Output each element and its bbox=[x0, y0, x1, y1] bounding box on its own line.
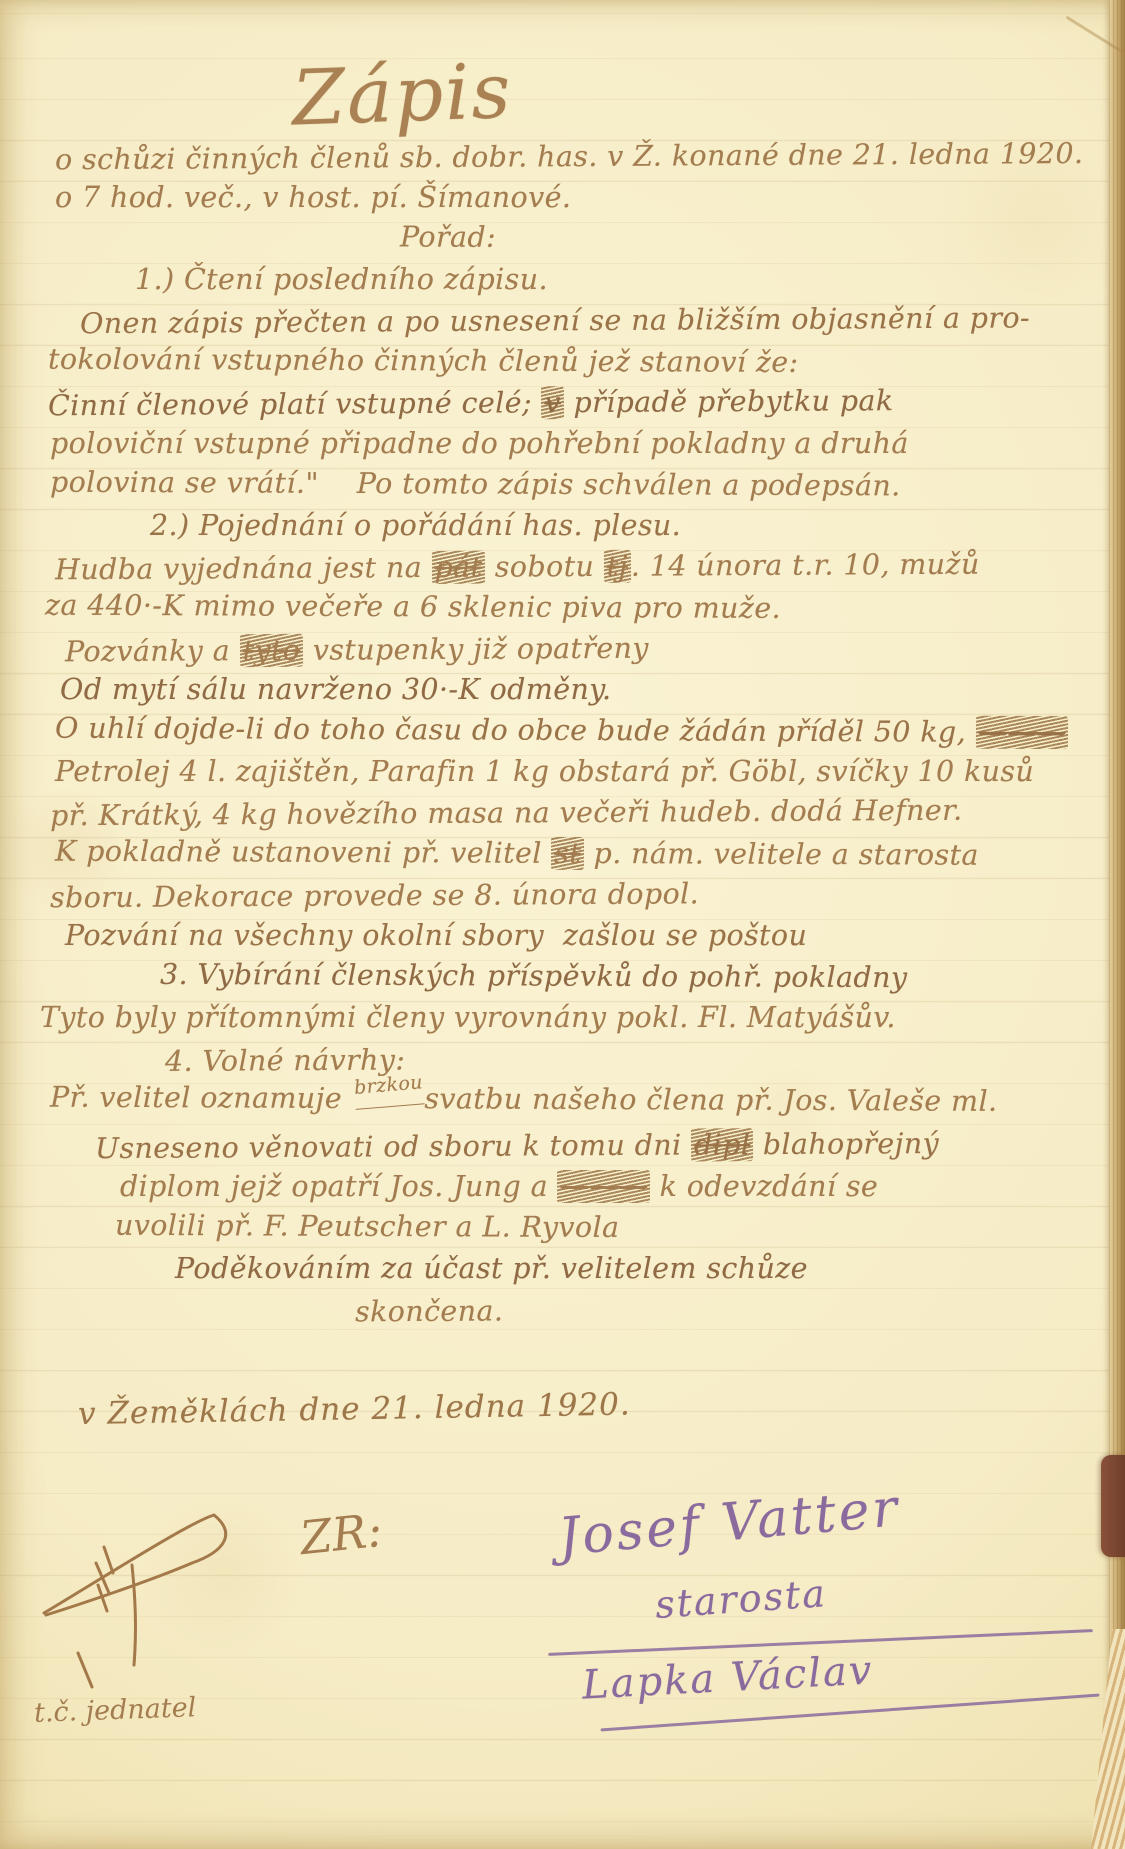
monogram-initials: ZR: bbox=[297, 1503, 384, 1565]
text-run: Poděkováním za účast př. velitelem schůz… bbox=[175, 1252, 808, 1285]
text-run: Onen zápis přečten a po usnesení se na b… bbox=[80, 301, 1030, 340]
text-run: př. Krátký, 4 kg hovězího masa na večeři… bbox=[50, 794, 963, 833]
manuscript-line: uvolili př. F. Peutscher a L. Ryvola bbox=[115, 1205, 1125, 1250]
text-run: . 14 února t.r. 10, mužů bbox=[631, 548, 980, 583]
text-run: Pořad: bbox=[400, 220, 496, 253]
text-run: Pozvánky a bbox=[65, 634, 240, 668]
manuscript-line: za 440·-K mimo večeře a 6 sklenic piva p… bbox=[45, 585, 1125, 631]
text-run: vstupenky již opatřeny bbox=[303, 632, 649, 667]
text-run: případě přebytku pak bbox=[564, 384, 894, 419]
text-run: tokolování vstupného činných členů jež s… bbox=[48, 343, 799, 379]
manuscript-line: Usneseno věnovati od sboru k tomu dni di… bbox=[95, 1122, 1125, 1169]
text-run: O uhlí dojde-li do toho času do obce bud… bbox=[55, 712, 976, 749]
text-run: svatbu našeho člena př. Jos. Valeše ml. bbox=[424, 1082, 997, 1118]
manuscript-line: Pořad: bbox=[400, 216, 1125, 260]
text-run: za 440·-K mimo večeře a 6 sklenic piva p… bbox=[45, 589, 781, 625]
crossed-out-text: dipl bbox=[691, 1128, 754, 1161]
text-run: Petrolej 4 l. zajištěn, Parafin 1 kg obs… bbox=[55, 755, 1034, 788]
manuscript-line: 1.) Čtení posledního zápisu. bbox=[135, 259, 1125, 300]
chairman-signature: Josef Vatter bbox=[556, 1478, 903, 1568]
crossed-out-text: tj bbox=[604, 550, 631, 583]
text-run: skončena. bbox=[355, 1294, 503, 1328]
crossed-out-text: pát bbox=[431, 551, 485, 584]
manuscript-line: polovina se vrátí." Po tomto zápis schvá… bbox=[50, 462, 1125, 508]
text-run: o schůzi činných členů sb. dobr. has. v … bbox=[55, 137, 1084, 176]
crossed-out-text: st bbox=[551, 837, 584, 870]
text-run: uvolili př. F. Peutscher a L. Ryvola bbox=[115, 1209, 620, 1244]
manuscript-line: o schůzi činných členů sb. dobr. has. v … bbox=[55, 133, 1125, 181]
text-run: sobotu bbox=[485, 550, 604, 584]
manuscript-line: Tyto byly přítomnými členy vyrovnány pok… bbox=[40, 997, 1125, 1038]
manuscript-line: Od mytí sálu navrženo 30·-K odměny. bbox=[60, 669, 1125, 710]
manuscript-line: Hudba vyjednána jest na pát sobotu tj. 1… bbox=[55, 543, 1125, 591]
text-run: Od mytí sálu navrženo 30·-K odměny. bbox=[60, 673, 611, 706]
manuscript-line: poloviční vstupné připadne do pohřební p… bbox=[50, 423, 1125, 464]
manuscript-line: skončena. bbox=[355, 1287, 1125, 1333]
manuscript-line: Pozvánky a tyto vstupenky již opatřeny bbox=[65, 625, 1125, 672]
crossed-out-text: ——— bbox=[975, 716, 1068, 749]
manuscript-line: 2.) Pojednání o pořádání has. plesu. bbox=[150, 505, 1125, 546]
text-run: 1.) Čtení posledního zápisu. bbox=[135, 263, 548, 296]
text-run: sboru. Dekorace provede se 8. února dopo… bbox=[50, 877, 699, 914]
text-run: 2.) Pojednání o pořádání has. plesu. bbox=[150, 509, 681, 542]
crossed-out-text: ——— bbox=[557, 1170, 650, 1203]
text-run: 3. Vybírání členských příspěvků do pohř.… bbox=[160, 958, 908, 994]
manuscript-line: Onen zápis přečten a po usnesení se na b… bbox=[80, 297, 1125, 344]
crossed-out-text: tyto bbox=[239, 634, 303, 667]
chairman-title: starosta bbox=[654, 1571, 829, 1627]
secretary-label: t.č. jednatel bbox=[34, 1692, 197, 1729]
manuscript-line: sboru. Dekorace provede se 8. února dopo… bbox=[50, 871, 1125, 919]
inserted-word: brzkou bbox=[352, 1062, 424, 1110]
manuscript-line: 3. Vybírání členských příspěvků do pohř.… bbox=[160, 954, 1125, 999]
text-run: K pokladně ustanoveni př. velitel bbox=[55, 835, 551, 870]
manuscript-line: Činní členové platí vstupné celé; v příp… bbox=[48, 379, 1125, 427]
text-run: k odevzdání se bbox=[650, 1170, 878, 1203]
text-run: p. nám. velitele a starosta bbox=[584, 837, 979, 872]
manuscript-line: Př. velitel oznamuje brzkousvatbu našeho… bbox=[50, 1077, 1125, 1128]
second-signature: Lapka Václav bbox=[581, 1647, 875, 1708]
text-run: Tyto byly přítomnými členy vyrovnány pok… bbox=[40, 1001, 896, 1034]
manuscript-content: Zápis o schůzi činných členů sb. dobr. h… bbox=[0, 0, 1125, 1835]
text-run: polovina se vrátí." Po tomto zápis schvá… bbox=[50, 466, 901, 503]
manuscript-line: 4. Volné návrhy: bbox=[165, 1035, 1125, 1082]
manuscript-line: O uhlí dojde-li do toho času do obce bud… bbox=[55, 708, 1125, 754]
text-run: Usneseno věnovati od sboru k tomu dni bbox=[95, 1129, 691, 1166]
manuscript-line: Petrolej 4 l. zajištěn, Parafin 1 kg obs… bbox=[55, 751, 1125, 792]
text-run: Hudba vyjednána jest na bbox=[55, 551, 432, 586]
manuscript-line: Poděkováním za účast př. velitelem schůz… bbox=[175, 1248, 1125, 1289]
text-run: Činní členové platí vstupné celé; bbox=[48, 386, 542, 422]
text-run: Př. velitel oznamuje bbox=[50, 1081, 352, 1115]
date-line: v Žeměklách dne 21. ledna 1920. bbox=[78, 1378, 1125, 1432]
secretary-signature-flourish bbox=[38, 1503, 268, 1693]
text-run: blahopřejný bbox=[753, 1127, 939, 1161]
signature-area: t.č. jednatel ZR: Josef Vatter starosta … bbox=[0, 1515, 1125, 1835]
manuscript-page: Zápis o schůzi činných členů sb. dobr. h… bbox=[0, 0, 1125, 1849]
manuscript-line: př. Krátký, 4 kg hovězího masa na večeři… bbox=[50, 789, 1125, 837]
text-run: o 7 hod. več., v host. pí. Šímanové. bbox=[55, 181, 571, 214]
manuscript-line: K pokladně ustanoveni př. velitel st p. … bbox=[55, 831, 1125, 877]
manuscript-line: tokolování vstupného činných členů jež s… bbox=[48, 339, 1125, 385]
text-run: Pozvání na všechny okolní sbory zašlou s… bbox=[65, 919, 807, 952]
text-run: poloviční vstupné připadne do pohřební p… bbox=[50, 427, 909, 460]
manuscript-line: diplom jejž opatří Jos. Jung a ——— k ode… bbox=[120, 1166, 1125, 1207]
text-run: diplom jejž opatří Jos. Jung a bbox=[120, 1170, 557, 1203]
manuscript-line: o 7 hod. več., v host. pí. Šímanové. bbox=[55, 177, 1125, 218]
manuscript-body: o schůzi činných členů sb. dobr. has. v … bbox=[0, 136, 1125, 1330]
crossed-out-text: v bbox=[541, 386, 564, 419]
manuscript-line: Pozvání na všechny okolní sbory zašlou s… bbox=[65, 915, 1125, 956]
page-title: Zápis bbox=[291, 19, 1125, 148]
